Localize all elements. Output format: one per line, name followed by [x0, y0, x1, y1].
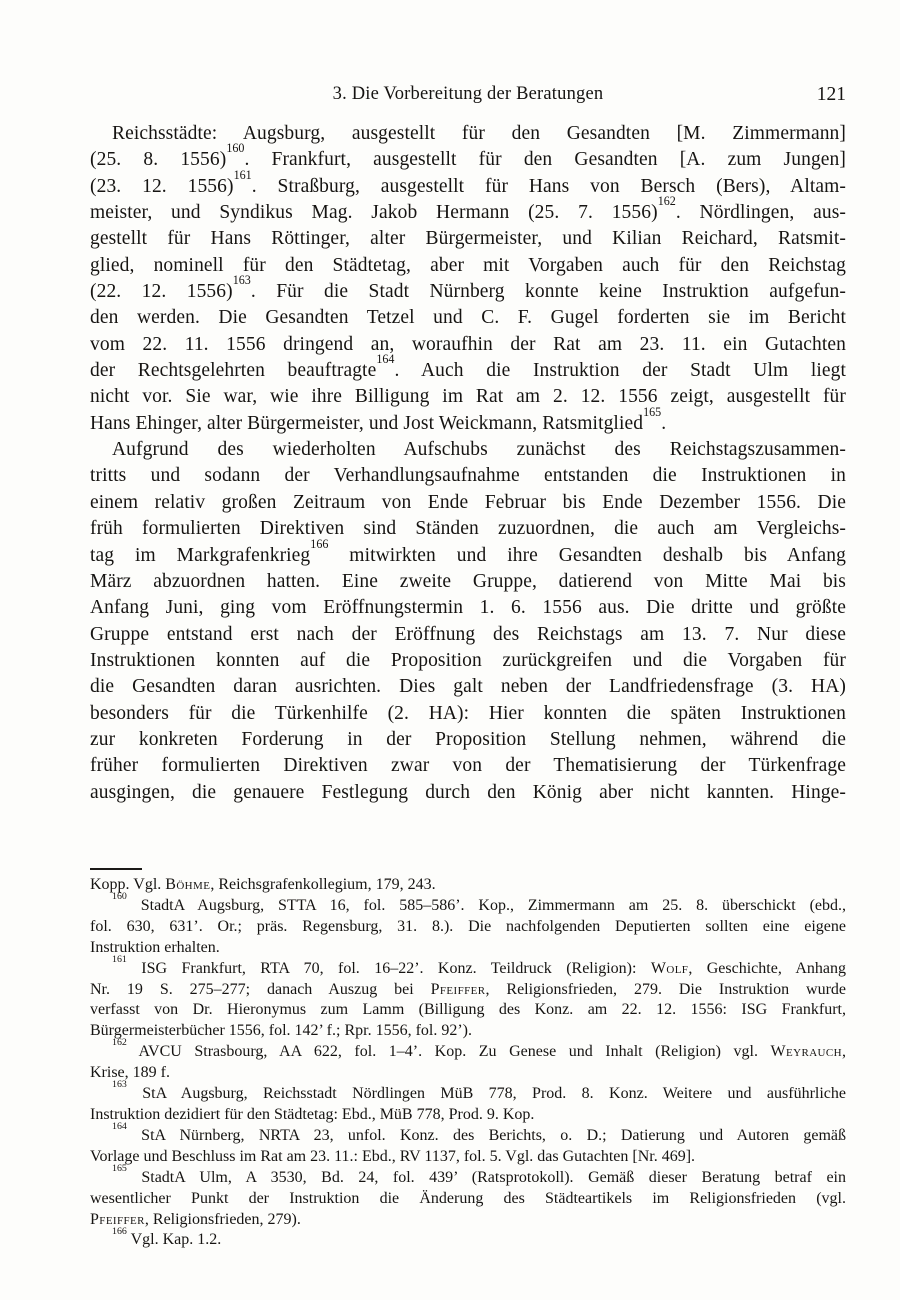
- footnote-marker: 162: [112, 1037, 127, 1048]
- text-line: Bürgermeisterbücher 1556, fol. 142’ f.; …: [90, 1021, 846, 1042]
- text-line: tritts und sodann der Verhandlungsaufnah…: [90, 463, 846, 489]
- smallcaps-author-name: Pfeiffer: [90, 1211, 145, 1228]
- text-line: vom 22. 11. 1556 dringend an, woraufhin …: [90, 332, 846, 358]
- text-line: der Rechtsgelehrten beauftragte164. Auch…: [90, 358, 846, 384]
- paragraph: 161 ISG Frankfurt, RTA 70, fol. 16–22’. …: [90, 959, 846, 1043]
- footnote-marker: 166: [310, 537, 328, 551]
- smallcaps-author-name: Böhme: [165, 876, 210, 893]
- page-number: 121: [817, 84, 846, 106]
- text-line: glied, nominell für den Städtetag, aber …: [90, 253, 846, 279]
- paragraph: Kopp. Vgl. Böhme, Reichsgrafenkollegium,…: [90, 875, 846, 896]
- text-line: 162 AVCU Strasbourg, AA 622, fol. 1–4’. …: [90, 1042, 846, 1063]
- text-line: meister, und Syndikus Mag. Jakob Hermann…: [90, 200, 846, 226]
- text-line: (23. 12. 1556)161. Straßburg, ausgestell…: [90, 174, 846, 200]
- text-line: ausgingen, die genauere Festlegung durch…: [90, 780, 846, 806]
- text-line: früh formulierten Direktiven sind Stände…: [90, 516, 846, 542]
- text-line: Krise, 189 f.: [90, 1063, 846, 1084]
- paragraph: 162 AVCU Strasbourg, AA 622, fol. 1–4’. …: [90, 1042, 846, 1084]
- body-text: Reichsstädte: Augsburg, ausgestellt für …: [90, 121, 846, 806]
- text-line: Aufgrund des wiederholten Aufschubs zunä…: [90, 437, 846, 463]
- text-line: nicht vor. Sie war, wie ihre Billigung i…: [90, 384, 846, 410]
- running-head: 3. Die Vorbereitung der Beratungen 121: [90, 84, 846, 108]
- text-line: Anfang Juni, ging vom Eröffnungstermin 1…: [90, 595, 846, 621]
- footnote-marker: 160: [226, 141, 244, 155]
- text-line: Instruktionen konnten auf die Propositio…: [90, 648, 846, 674]
- smallcaps-author-name: Wolf: [651, 960, 688, 977]
- smallcaps-author-name: Pfeiffer: [431, 981, 486, 998]
- text-line: verfasst von Dr. Hieronymus zum Lamm (Bi…: [90, 1000, 846, 1021]
- text-line: besonders für die Türkenhilfe (2. HA): H…: [90, 701, 846, 727]
- text-line: Instruktion dezidiert für den Städtetag:…: [90, 1105, 846, 1126]
- text-line: 166 Vgl. Kap. 1.2.: [90, 1230, 846, 1251]
- text-line: gestellt für Hans Röttinger, alter Bürge…: [90, 226, 846, 252]
- text-line: (22. 12. 1556)163. Für die Stadt Nürnber…: [90, 279, 846, 305]
- footnote-marker: 163: [233, 273, 251, 287]
- paragraph: 160 StadtA Augsburg, STTA 16, fol. 585–5…: [90, 896, 846, 959]
- text-line: (25. 8. 1556)160. Frankfurt, ausgestellt…: [90, 147, 846, 173]
- text-line: Instruktion erhalten.: [90, 938, 846, 959]
- text-line: Pfeiffer, Religionsfrieden, 279).: [90, 1210, 846, 1231]
- footnote-marker: 162: [658, 194, 676, 208]
- paragraph: 163 StA Augsburg, Reichsstadt Nördlingen…: [90, 1084, 846, 1126]
- text-line: Kopp. Vgl. Böhme, Reichsgrafenkollegium,…: [90, 875, 846, 896]
- text-line: früher formulierten Direktiven zwar von …: [90, 753, 846, 779]
- text-line: einem relativ großen Zeitraum von Ende F…: [90, 490, 846, 516]
- text-line: den werden. Die Gesandten Tetzel und C. …: [90, 305, 846, 331]
- text-line: die Gesandten daran ausrichten. Dies gal…: [90, 674, 846, 700]
- footnote-marker: 164: [112, 1121, 127, 1132]
- footnote-separator-rule: [90, 868, 142, 870]
- section-title: 3. Die Vorbereitung der Beratungen: [90, 84, 846, 105]
- text-line: 164 StA Nürnberg, NRTA 23, unfol. Konz. …: [90, 1126, 846, 1147]
- footnote-marker: 160: [112, 891, 127, 902]
- paragraph: 166 Vgl. Kap. 1.2.: [90, 1230, 846, 1251]
- paragraph: 164 StA Nürnberg, NRTA 23, unfol. Konz. …: [90, 1126, 846, 1168]
- paragraph: Aufgrund des wiederholten Aufschubs zunä…: [90, 437, 846, 806]
- text-line: 161 ISG Frankfurt, RTA 70, fol. 16–22’. …: [90, 959, 846, 980]
- text-line: Hans Ehinger, alter Bürgermeister, und J…: [90, 411, 846, 437]
- footnote-marker: 166: [112, 1226, 127, 1237]
- text-line: 160 StadtA Augsburg, STTA 16, fol. 585–5…: [90, 896, 846, 917]
- smallcaps-author-name: Weyrauch: [771, 1043, 842, 1060]
- footnote-marker: 163: [112, 1079, 127, 1090]
- footnote-marker: 161: [112, 954, 127, 965]
- footnote-marker: 165: [643, 405, 661, 419]
- book-page: 3. Die Vorbereitung der Beratungen 121 R…: [0, 0, 900, 1300]
- text-line: 163 StA Augsburg, Reichsstadt Nördlingen…: [90, 1084, 846, 1105]
- footnote-marker: 165: [112, 1163, 127, 1174]
- footnote-marker: 161: [234, 168, 252, 182]
- paragraph: 165 StadtA Ulm, A 3530, Bd. 24, fol. 439…: [90, 1168, 846, 1231]
- text-line: wesentlicher Punkt der Instruktion die Ä…: [90, 1189, 846, 1210]
- text-line: zur konkreten Forderung in der Propositi…: [90, 727, 846, 753]
- text-line: März abzuordnen hatten. Eine zweite Grup…: [90, 569, 846, 595]
- text-line: 165 StadtA Ulm, A 3530, Bd. 24, fol. 439…: [90, 1168, 846, 1189]
- text-line: Nr. 19 S. 275–277; danach Auszug bei Pfe…: [90, 980, 846, 1001]
- footnote-marker: 164: [376, 352, 394, 366]
- text-line: tag im Markgrafenkrieg166 mitwirkten und…: [90, 543, 846, 569]
- footnotes: Kopp. Vgl. Böhme, Reichsgrafenkollegium,…: [90, 875, 846, 1251]
- text-line: fol. 630, 631’. Or.; präs. Regensburg, 3…: [90, 917, 846, 938]
- paragraph: Reichsstädte: Augsburg, ausgestellt für …: [90, 121, 846, 437]
- text-line: Gruppe entstand erst nach der Eröffnung …: [90, 622, 846, 648]
- text-line: Vorlage und Beschluss im Rat am 23. 11.:…: [90, 1147, 846, 1168]
- text-line: Reichsstädte: Augsburg, ausgestellt für …: [90, 121, 846, 147]
